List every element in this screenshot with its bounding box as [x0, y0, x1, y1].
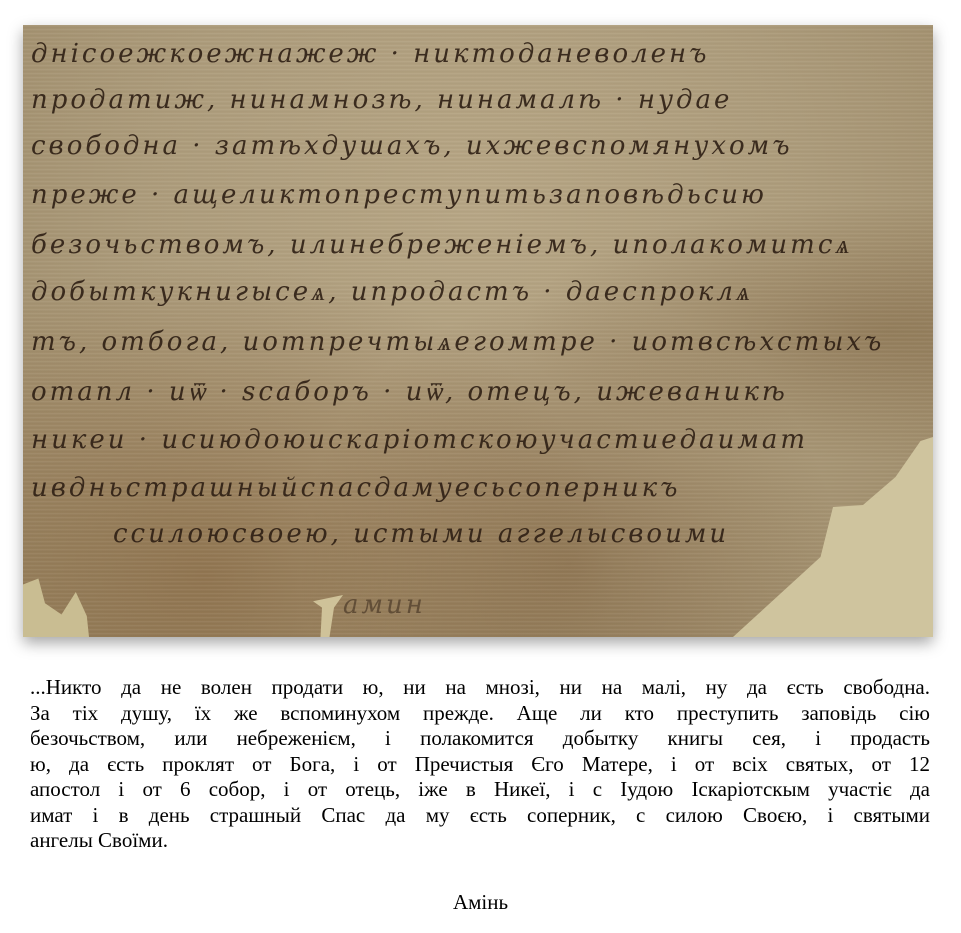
closing-amen: Амінь	[0, 890, 961, 915]
transcription-text: ...Никто да не волен продати ю, ни на мн…	[30, 675, 930, 854]
manuscript-line: ссилоюсвоею, истыми аггелысвоими	[113, 519, 923, 549]
transcription-line: апостол і от 6 собор, і от отець, іже в …	[30, 777, 930, 803]
transcription-line: ангелы Своїми.	[30, 828, 930, 854]
manuscript-line: тъ, отбога, иотпречтыѧегомтре · иотвсѣхс…	[31, 327, 923, 357]
manuscript-line: продатиж, нинамнозѣ, нинамалѣ · нудае	[31, 85, 923, 115]
transcription-line: За тіх душу, їх же вспоминухом прежде. А…	[30, 701, 930, 727]
manuscript-line: добыткукнигысеѧ, ипродастъ · даеспроклѧ	[31, 277, 923, 307]
transcription-line: безочьством, или небреженієм, і полакоми…	[30, 726, 930, 752]
manuscript-photo: днісоежкоежнажеж · никтоданеволенъ прода…	[23, 25, 933, 637]
manuscript-line: преже · ащеликтопреступитьзаповѣдьсию	[31, 180, 923, 210]
transcription-line: ...Никто да не волен продати ю, ни на мн…	[30, 675, 930, 701]
manuscript-line: никеи · исиюдоюискаріотскоюучастиедаимат	[31, 425, 923, 455]
manuscript-line: днісоежкоежнажеж · никтоданеволенъ	[31, 39, 923, 69]
manuscript-line: безочьствомъ, илинебреженіемъ, иполакоми…	[31, 230, 923, 260]
manuscript-line: ивдньстрашныйспасдамуесьсоперникъ	[31, 473, 923, 503]
manuscript-line: отапл · иѿ · ѕсаборъ · иѿ, отецъ, ижеван…	[31, 377, 923, 407]
transcription-line: ю, да єсть проклят от Бога, і от Пречист…	[30, 752, 930, 778]
manuscript-line: свободна · затѣхдушахъ, ихжевспомянухомъ	[31, 131, 923, 161]
transcription-line: имат і в день страшный Спас да му єсть с…	[30, 803, 930, 829]
